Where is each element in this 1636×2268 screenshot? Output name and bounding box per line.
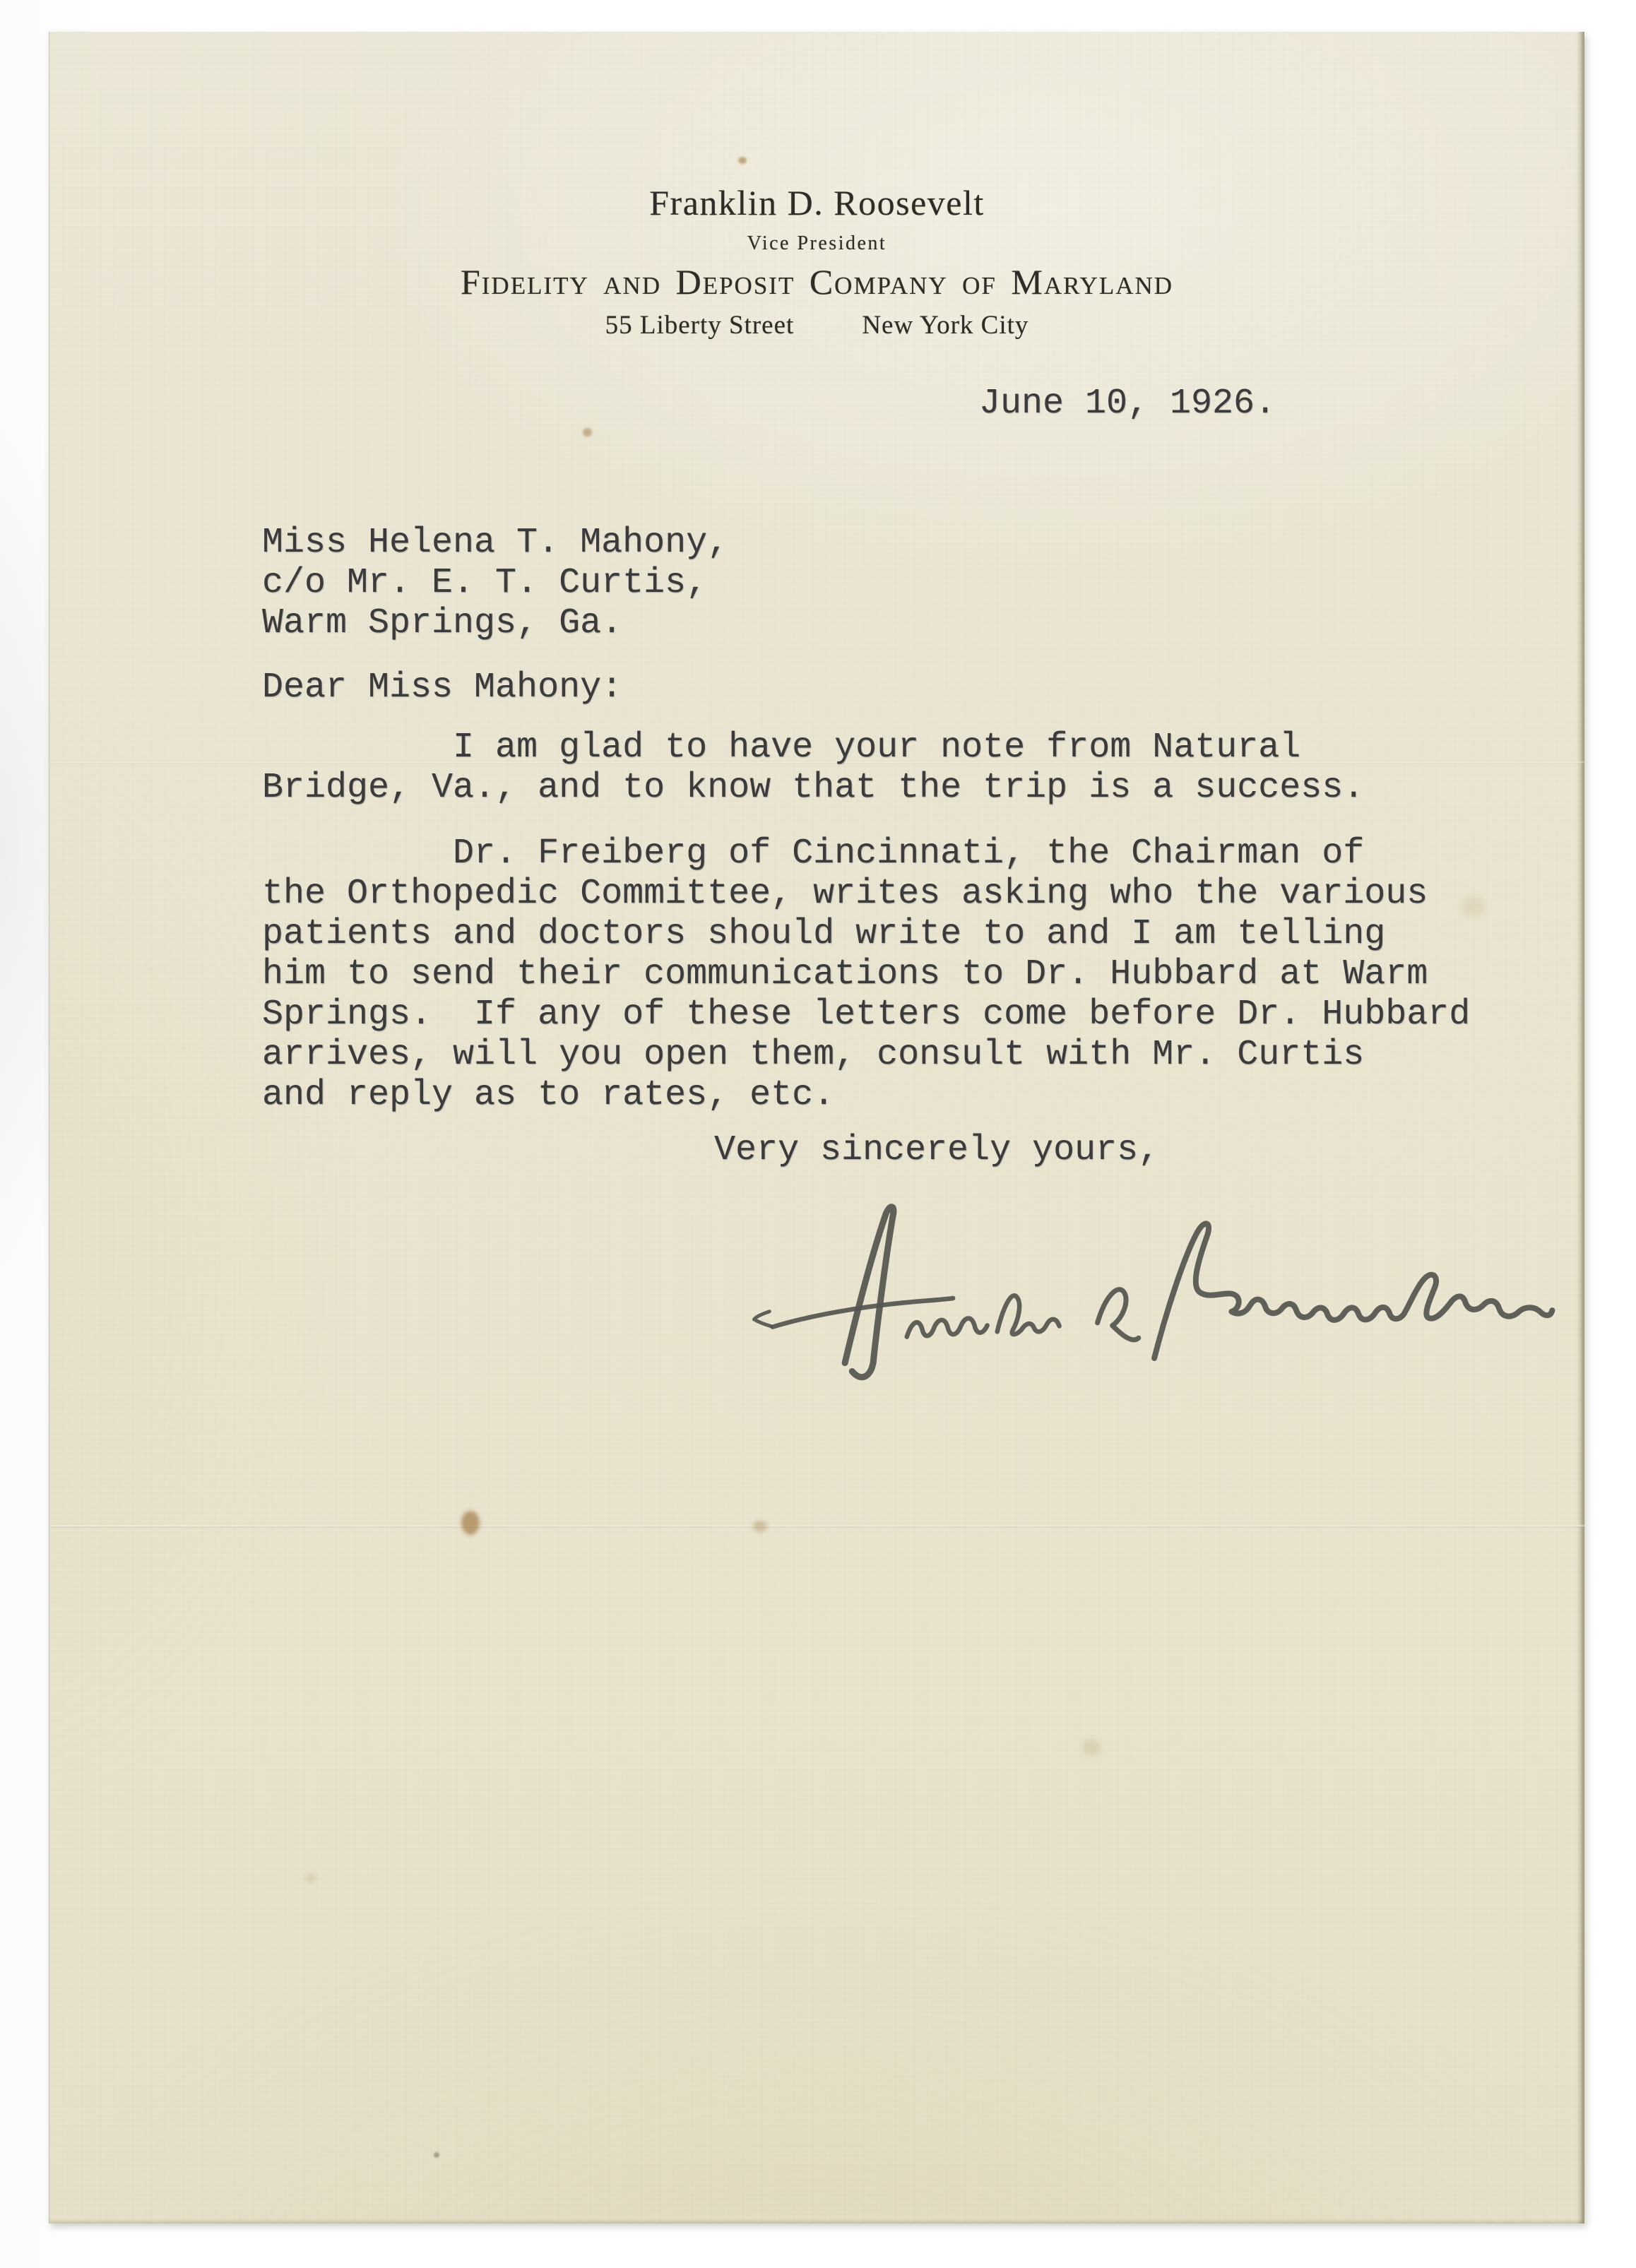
- paper-stain: [738, 157, 747, 164]
- paper-stain: [753, 1521, 767, 1532]
- paper-stain: [305, 1873, 316, 1883]
- letterhead-street: 55 Liberty Street: [605, 311, 795, 340]
- letterhead: Franklin D. Roosevelt Vice President Fid…: [49, 182, 1584, 340]
- date-line: June 10, 1926.: [979, 384, 1276, 424]
- signature-stroke: [906, 1318, 987, 1336]
- paper-right-edge-shadow: [1577, 32, 1584, 2224]
- letterhead-address: 55 Liberty StreetNew York City: [49, 310, 1584, 340]
- paper-stain: [583, 428, 592, 437]
- body-paragraph-2: Dr. Freiberg of Cincinnati, the Chairman…: [262, 833, 1470, 1115]
- letter-paper: Franklin D. Roosevelt Vice President Fid…: [49, 32, 1584, 2224]
- closing-line: Very sincerely yours,: [714, 1130, 1159, 1170]
- paper-bottom-edge-shadow: [49, 2219, 1584, 2224]
- letterhead-title: Vice President: [49, 232, 1584, 255]
- paper-stain: [434, 2152, 439, 2158]
- paper-stain: [461, 1511, 480, 1535]
- recipient-address: Miss Helena T. Mahony, c/o Mr. E. T. Cur…: [262, 523, 728, 643]
- signature-stroke: [997, 1295, 1060, 1335]
- signature-stroke: [754, 1312, 771, 1326]
- letterhead-city: New York City: [862, 311, 1029, 340]
- salutation: Dear Miss Mahony:: [262, 667, 622, 708]
- paper-stain: [1082, 1740, 1101, 1755]
- body-paragraph-1: I am glad to have your note from Natural…: [262, 728, 1364, 808]
- signature-stroke: [1153, 1220, 1553, 1358]
- letterhead-company: Fidelity and Deposit Company of Maryland: [49, 261, 1584, 302]
- scanned-letter-page: { "document_type": "typewritten letter s…: [0, 0, 1636, 2268]
- signature-stroke: [1097, 1289, 1139, 1340]
- fdr-signature: [745, 1177, 1566, 1391]
- fold-crease-lower: [49, 1524, 1584, 1528]
- signature-stroke: [843, 1207, 896, 1377]
- letterhead-name: Franklin D. Roosevelt: [49, 182, 1584, 223]
